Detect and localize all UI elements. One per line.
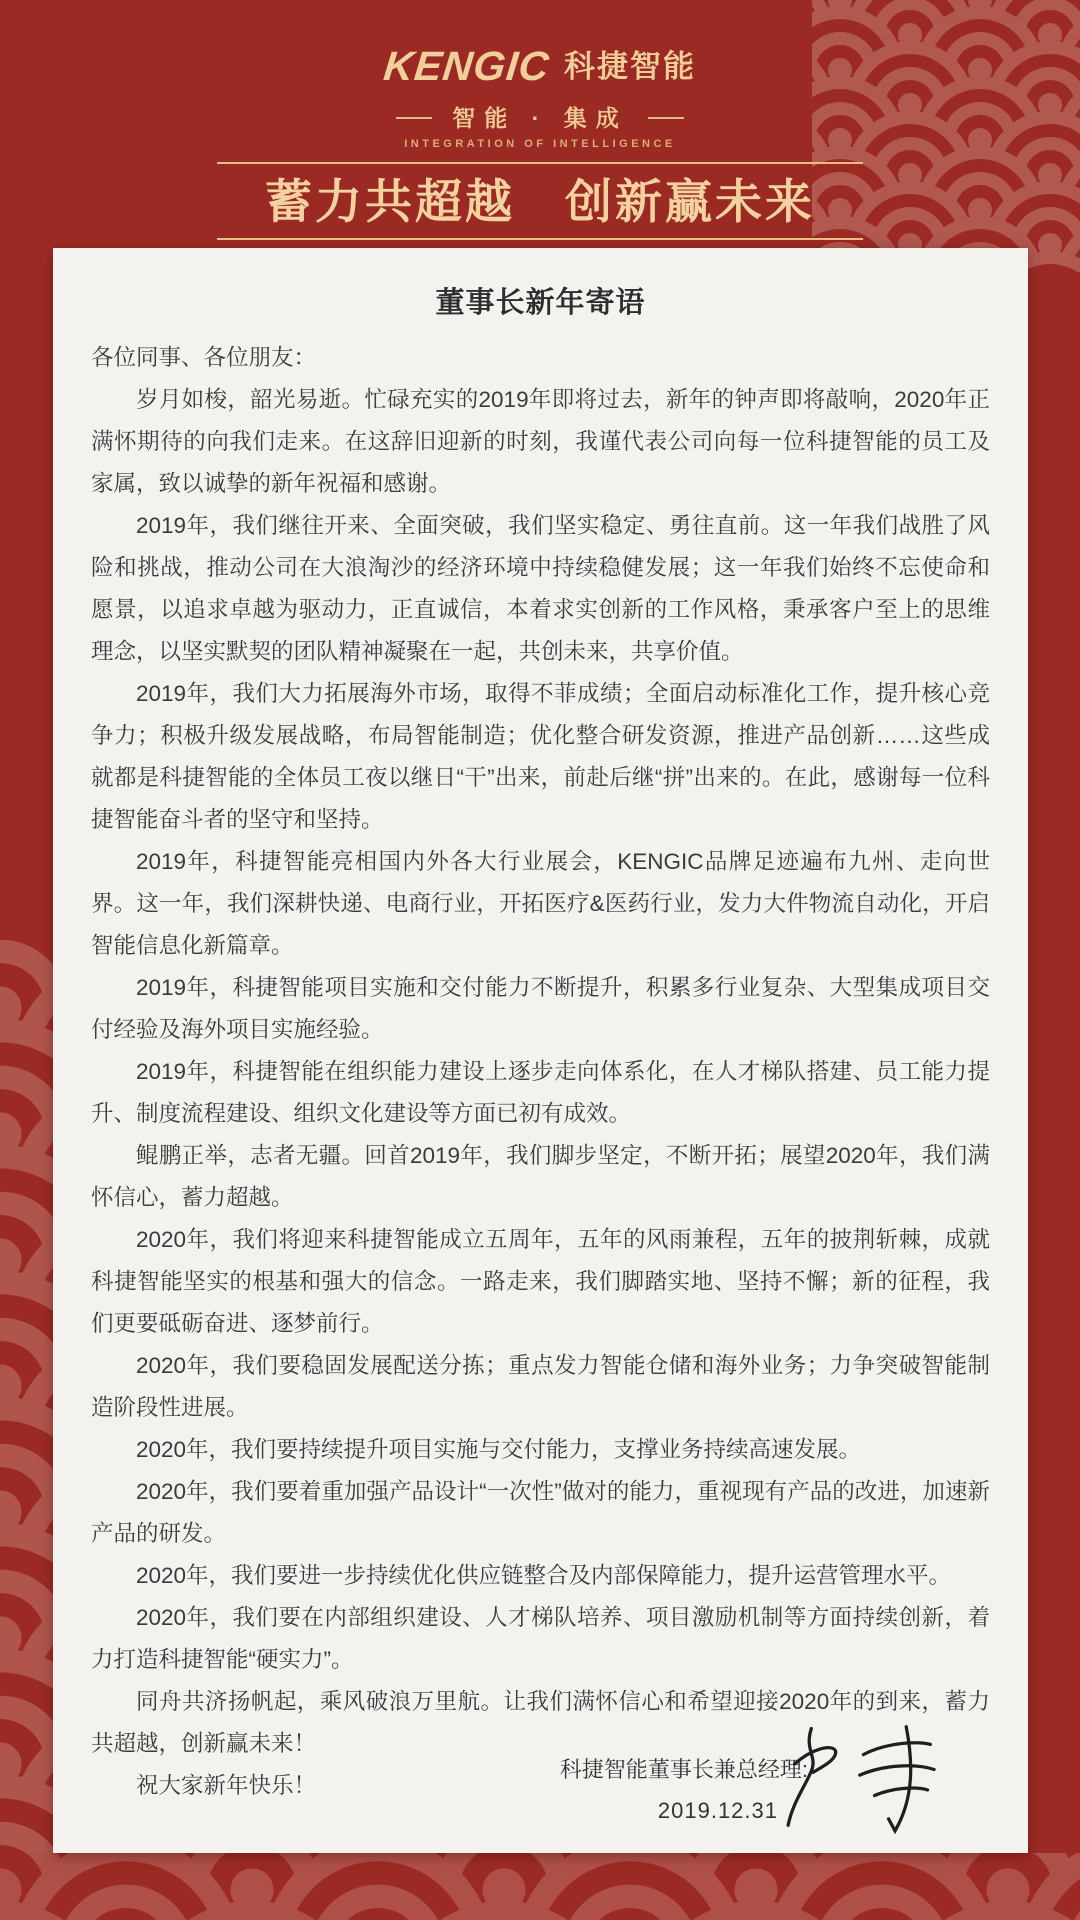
letter-paragraph: 鲲鹏正举，志者无疆。回首2019年，我们脚步坚定，不断开拓；展望2020年，我们… <box>91 1135 990 1219</box>
letter-paragraph: 2020年，我们要持续提升项目实施与交付能力，支撑业务持续高速发展。 <box>91 1429 990 1471</box>
letter-paragraph: 2020年，我们要稳固发展配送分拣；重点发力智能仓储和海外业务；力争突破智能制造… <box>91 1345 990 1429</box>
letter-paragraph: 2019年，科捷智能亮相国内外各大行业展会，KENGIC品牌足迹遍布九州、走向世… <box>91 841 990 967</box>
gold-rule-top <box>217 162 863 164</box>
letter-title: 董事长新年寄语 <box>91 280 990 321</box>
tagline-dash-left <box>396 117 432 119</box>
header-banner: KENGIC 科捷智能 智能 · 集成 INTEGRATION OF INTEL… <box>0 0 1080 240</box>
letter-paragraph: 2020年，我们要进一步持续优化供应链整合及内部保障能力，提升运营管理水平。 <box>91 1555 990 1597</box>
letter-paragraph: 2019年，科捷智能在组织能力建设上逐步走向体系化，在人才梯队搭建、员工能力提升… <box>91 1051 990 1135</box>
tagline-cn: 智能 · 集成 <box>452 106 627 130</box>
wave-strip-left <box>0 940 53 1853</box>
letter-paragraph: 2020年，我们要着重加强产品设计“一次性”做对的能力，重视现有产品的改进，加速… <box>91 1471 990 1555</box>
brand-logo: KENGIC 科捷智能 <box>0 44 1080 98</box>
letter-body: 岁月如梭，韶光易逝。忙碌充实的2019年即将过去，新年的钟声即将敲响，2020年… <box>91 379 990 1807</box>
signature-block: 科捷智能董事长兼总经理: 2019.12.31 <box>91 1749 990 1831</box>
chairman-signature-icon <box>776 1713 962 1839</box>
brand-tagline: 智能 · 集成 <box>0 106 1080 134</box>
letter-paragraph: 2019年，我们继往开来、全面突破，我们坚实稳定、勇往直前。这一年我们战胜了风险… <box>91 505 990 673</box>
new-year-poster: KENGIC 科捷智能 智能 · 集成 INTEGRATION OF INTEL… <box>0 0 1080 1920</box>
letter-paragraph: 2019年，我们大力拓展海外市场，取得不菲成绩；全面启动标准化工作，提升核心竞争… <box>91 673 990 841</box>
letter-salutation: 各位同事、各位朋友： <box>91 337 990 379</box>
banner-title: 蓄力共超越 创新赢未来 <box>0 176 1080 228</box>
tagline-dash-right <box>648 117 684 119</box>
letter-paragraph: 岁月如梭，韶光易逝。忙碌充实的2019年即将过去，新年的钟声即将敲响，2020年… <box>91 379 990 505</box>
letter-paragraph: 2020年，我们将迎来科捷智能成立五周年，五年的风雨兼程，五年的披荆斩棘，成就科… <box>91 1219 990 1345</box>
letter-paper: 董事长新年寄语 各位同事、各位朋友： 岁月如梭，韶光易逝。忙碌充实的2019年即… <box>53 248 1028 1853</box>
letter-paragraph: 2019年，科捷智能项目实施和交付能力不断提升，积累多行业复杂、大型集成项目交付… <box>91 967 990 1051</box>
tagline-en: INTEGRATION OF INTELLIGENCE <box>0 138 1080 150</box>
signoff-label: 科捷智能董事长兼总经理: <box>560 1757 808 1782</box>
kengic-chinese-name: 科捷智能 <box>564 45 696 89</box>
gold-rule-bottom <box>217 238 863 240</box>
letter-paragraph: 2020年，我们要在内部组织建设、人才梯队培养、项目激励机制等方面持续创新，着力… <box>91 1597 990 1681</box>
wave-band-bottom <box>0 1853 1080 1920</box>
kengic-wordmark: KENGIC <box>382 44 552 88</box>
